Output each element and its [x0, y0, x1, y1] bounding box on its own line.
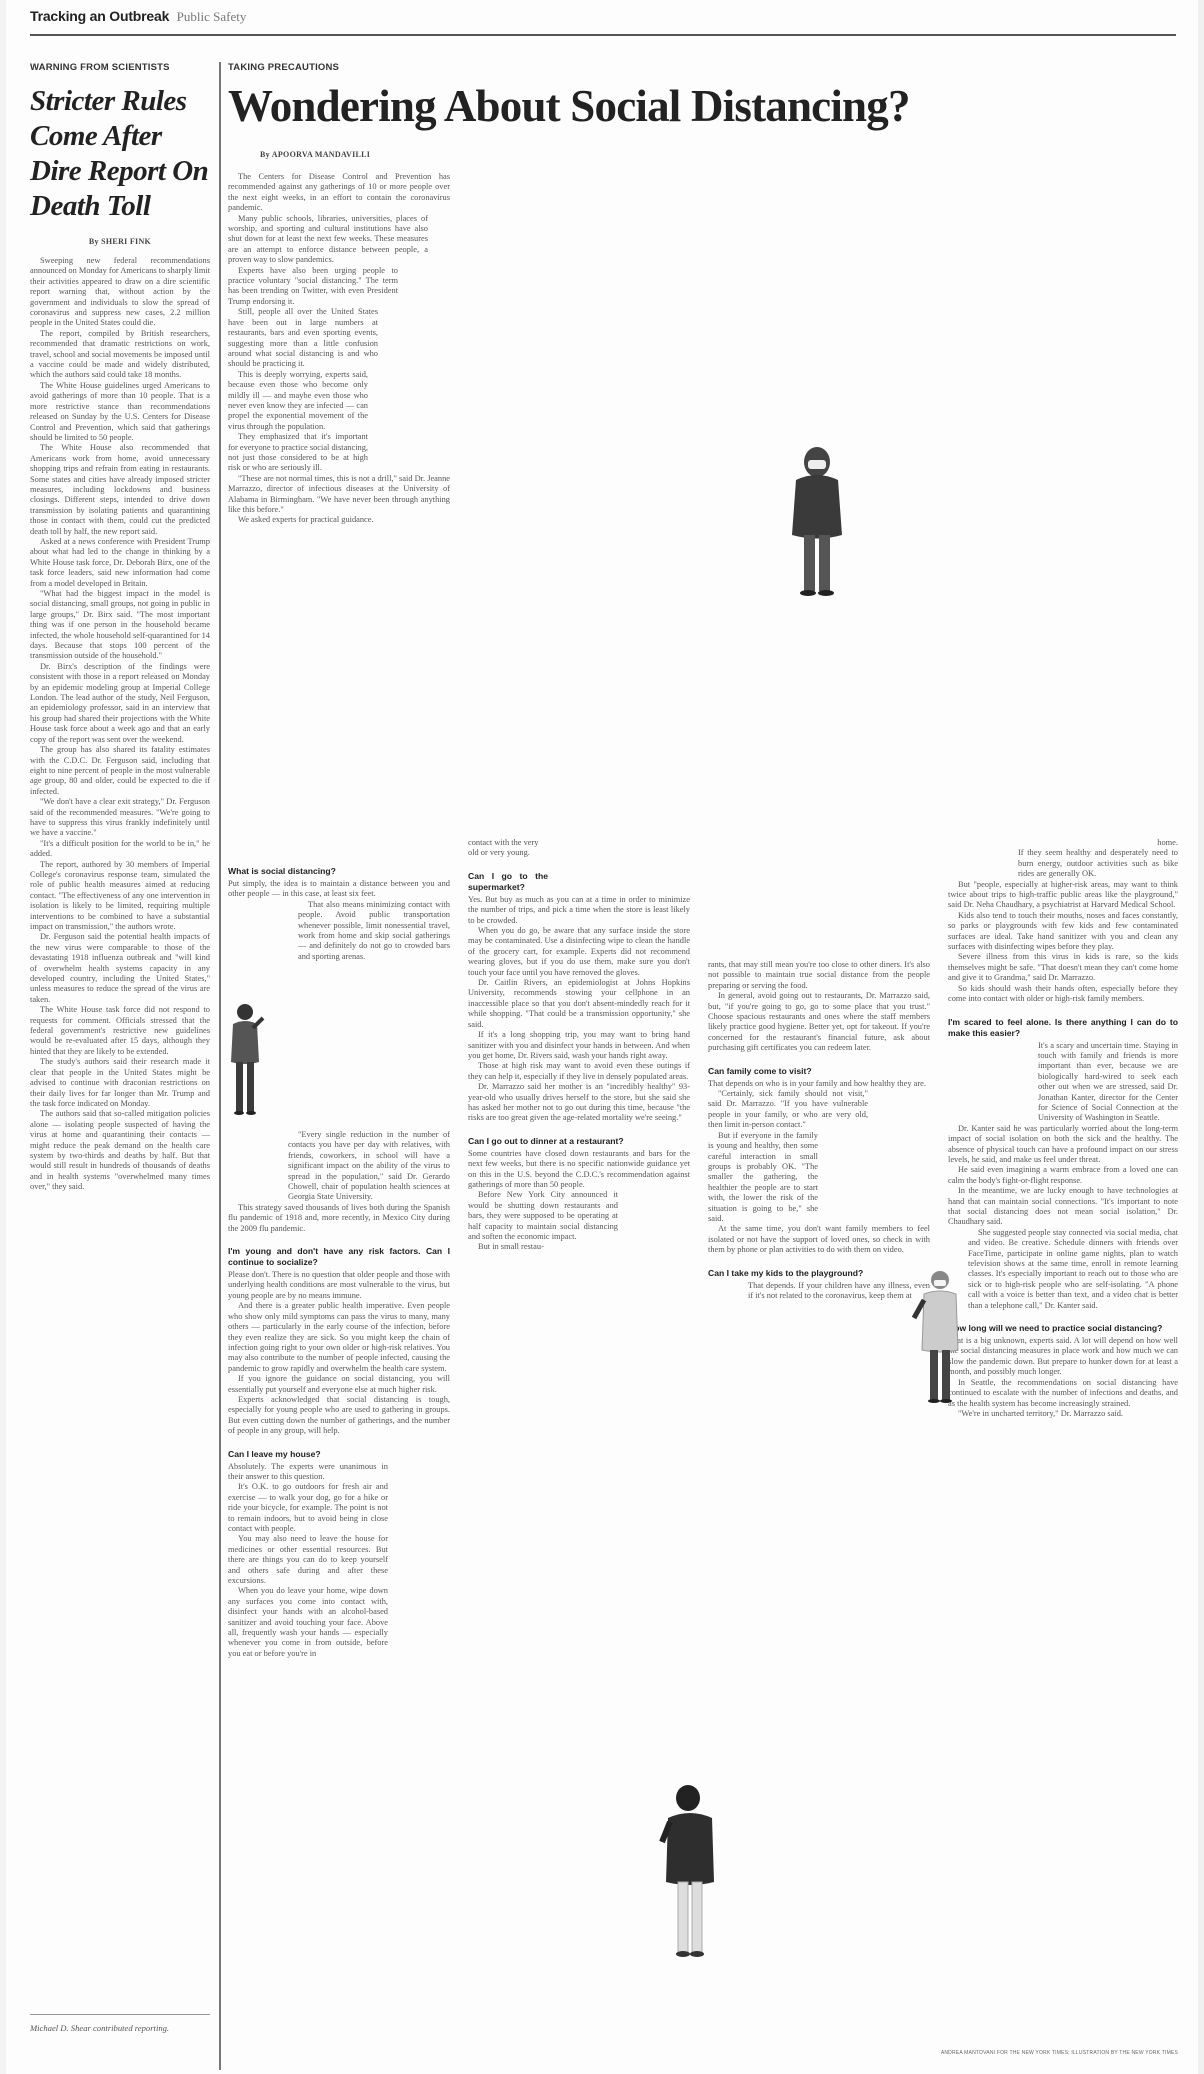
body-paragraph: The group has also shared its fatality e… [30, 745, 210, 797]
answer-text: If they seem healthy and desperately nee… [1018, 848, 1178, 879]
answer-text: Experts acknowledged that social distanc… [228, 1395, 450, 1437]
body-paragraph: We asked experts for practical guidance. [228, 515, 450, 525]
answer-text: When you do leave your home, wipe down a… [228, 1586, 388, 1659]
body-paragraph: The White House also recommended that Am… [30, 443, 210, 537]
question-heading: I'm young and don't have any risk factor… [228, 1246, 450, 1268]
body-paragraph: This is deeply worrying, experts said, b… [228, 370, 368, 432]
answer-text: Dr. Kanter said he was particularly worr… [948, 1124, 1178, 1166]
child-dark-coat-icon [656, 1782, 726, 1962]
folio-rule [30, 34, 1176, 36]
answer-text: If it's a long shopping trip, you may wa… [468, 1030, 690, 1061]
question-heading: Can family come to visit? [708, 1066, 930, 1077]
left-byline: By SHERI FINK [30, 237, 210, 246]
left-article-body: Sweeping new federal recommendations ann… [30, 256, 210, 1193]
main-col1-intro: The Centers for Disease Control and Prev… [228, 172, 450, 862]
answer-text: When you do go, be aware that any surfac… [468, 926, 690, 978]
body-paragraph: Asked at a news conference with Presiden… [30, 537, 210, 589]
section-folio: Tracking an Outbreak Public Safety [30, 8, 246, 26]
answer-text: He said even imagining a warm embrace fr… [948, 1165, 1178, 1186]
answer-text: "We're in uncharted territory," Dr. Marr… [948, 1409, 1178, 1419]
question-heading: I'm scared to feel alone. Is there anyth… [948, 1017, 1178, 1039]
answer-text: But in small restau- [468, 1242, 548, 1252]
main-col3: rants, that may still mean you're too cl… [708, 960, 930, 1301]
body-paragraph: "It's a difficult position for the world… [30, 839, 210, 860]
answer-text: Kids also tend to touch their mouths, no… [948, 911, 1178, 953]
qa-what-is-social-distancing-cont: "Every single reduction in the number of… [228, 1130, 450, 1659]
body-paragraph: Many public schools, libraries, universi… [228, 214, 428, 266]
left-headline: Stricter Rules Come After Dire Report On… [30, 84, 210, 224]
answer-text: Those at high risk may want to avoid eve… [468, 1061, 690, 1082]
section-name: Tracking an Outbreak [30, 8, 169, 24]
answer-text: Put simply, the idea is to maintain a di… [228, 879, 450, 900]
body-paragraph: The report, authored by 30 members of Im… [30, 860, 210, 933]
question-heading: Can I go out to dinner at a restaurant? [468, 1136, 690, 1147]
newspaper-page: Tracking an Outbreak Public Safety WARNI… [0, 0, 1204, 2074]
column-rule [219, 62, 221, 2070]
body-paragraph: "These are not normal times, this is not… [228, 474, 450, 516]
body-paragraph: The Centers for Disease Control and Prev… [228, 172, 450, 214]
answer-text: And there is a greater public health imp… [228, 1301, 450, 1374]
answer-text: That depends on who is in your family an… [708, 1079, 930, 1089]
answer-text: Dr. Marrazzo said her mother is an "incr… [468, 1082, 690, 1124]
answer-text: That also means minimizing contact with … [298, 900, 450, 962]
person-hooded-coat-icon [782, 440, 852, 600]
body-paragraph: The White House guidelines urged America… [30, 381, 210, 443]
main-kicker: TAKING PRECAUTIONS [228, 62, 339, 73]
answer-text: Severe illness from this virus in kids i… [948, 952, 1178, 983]
body-paragraph: Sweeping new federal recommendations ann… [30, 256, 210, 329]
main-col2: contact with the very old or very young.… [468, 838, 690, 1253]
question-heading: Can I go to the supermarket? [468, 871, 548, 893]
page-edge-shadow [0, 0, 6, 2074]
credit-rule [30, 2014, 210, 2015]
answer-text: Before New York City announced it would … [468, 1190, 618, 1242]
person-light-coat-icon [908, 1268, 968, 1408]
question-heading: Can I take my kids to the playground? [708, 1268, 930, 1279]
body-paragraph: The study's authors said their research … [30, 1057, 210, 1109]
answer-text: Yes. But buy as much as you can at a tim… [468, 895, 690, 926]
answer-text: But "people, especially at higher-risk a… [948, 880, 1178, 911]
question-heading: Can I leave my house? [228, 1449, 450, 1460]
answer-text: In general, avoid going out to restauran… [708, 991, 930, 1053]
answer-text: You may also need to leave the house for… [228, 1534, 388, 1586]
answer-text: That depends. If your children have any … [748, 1281, 930, 1302]
body-paragraph: The authors said that so-called mitigati… [30, 1109, 210, 1192]
answer-text: In Seattle, the recommendations on socia… [948, 1378, 1178, 1409]
main-byline: By APOORVA MANDAVILLI [260, 150, 370, 159]
answer-text: Absolutely. The experts were unanimous i… [228, 1462, 388, 1483]
body-paragraph: "We don't have a clear exit strategy," D… [30, 797, 210, 839]
body-paragraph: The report, compiled by British research… [30, 329, 210, 381]
body-paragraph: They emphasized that it's important for … [228, 432, 368, 474]
qa-what-is-social-distancing: What is social distancing? Put simply, t… [228, 866, 450, 962]
body-paragraph: The White House task force did not respo… [30, 1005, 210, 1057]
answer-text: So kids should wash their hands often, e… [948, 984, 1178, 1005]
question-heading: How long will we need to practice social… [948, 1323, 1178, 1334]
answer-text: At the same time, you don't want family … [708, 1224, 930, 1255]
answer-text: Some countries have closed down restaura… [468, 1149, 690, 1191]
answer-text: "Certainly, sick family should not visit… [708, 1089, 868, 1131]
body-paragraph: Dr. Birx's description of the findings w… [30, 662, 210, 745]
photo-credit: ANDREA MANTOVANI FOR THE NEW YORK TIMES;… [810, 2050, 1178, 2056]
body-paragraph: "What had the biggest impact in the mode… [30, 589, 210, 662]
left-kicker: WARNING FROM SCIENTISTS [30, 62, 170, 73]
main-headline: Wondering About Social Distancing? [228, 80, 910, 132]
answer-text: Please don't. There is no question that … [228, 1270, 450, 1301]
answer-text: It's O.K. to go outdoors for fresh air a… [228, 1482, 388, 1534]
main-col4: home. If they seem healthy and desperate… [948, 838, 1178, 1419]
answer-text: "Every single reduction in the number of… [228, 1130, 450, 1203]
body-paragraph: Dr. Ferguson said the potential health i… [30, 932, 210, 1005]
answer-text: But if everyone in the family is young a… [708, 1131, 818, 1225]
answer-text: contact with the very old or very young. [468, 838, 548, 859]
question-heading: What is social distancing? [228, 866, 450, 877]
answer-text: She suggested people stay connected via … [968, 1228, 1178, 1311]
answer-text: In the meantime, we are lucky enough to … [948, 1186, 1178, 1228]
page-edge-shadow [1198, 0, 1204, 2074]
answer-text: If you ignore the guidance on social dis… [228, 1374, 450, 1395]
answer-text: Dr. Caitlin Rivers, an epidemiologist at… [468, 978, 690, 1030]
body-paragraph: Experts have also been urging people to … [228, 266, 398, 308]
subsection-name: Public Safety [177, 9, 247, 24]
answer-text: That is a big unknown, experts said. A l… [948, 1336, 1178, 1378]
answer-text: home. [948, 838, 1178, 848]
contributor-credit: Michael D. Shear contributed reporting. [30, 2022, 210, 2035]
answer-text: rants, that may still mean you're too cl… [708, 960, 930, 991]
answer-text: It's a scary and uncertain time. Staying… [1038, 1041, 1178, 1124]
body-paragraph: Still, people all over the United States… [228, 307, 378, 369]
person-with-phone-icon [223, 1000, 269, 1120]
answer-text: This strategy saved thousands of lives b… [228, 1203, 450, 1234]
